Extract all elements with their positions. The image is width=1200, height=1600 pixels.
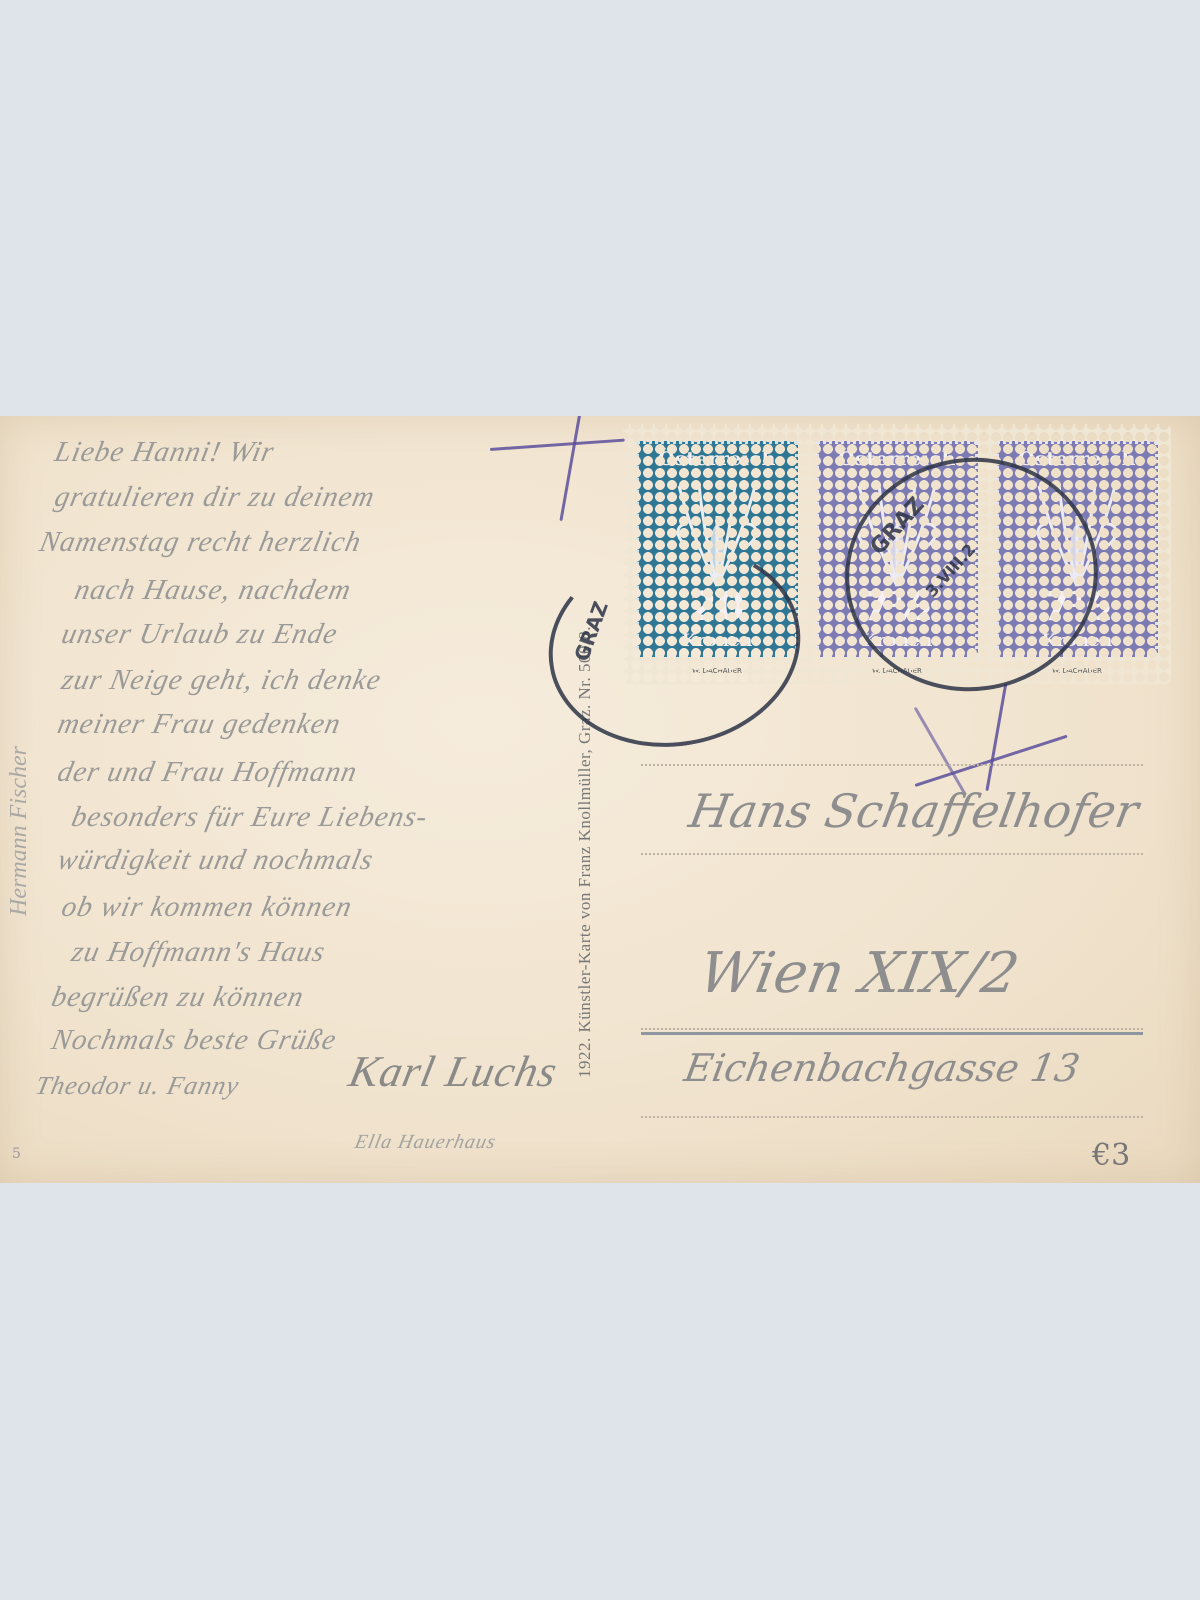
message-line: Nochmals beste Grüße (48, 1024, 339, 1057)
postmark-city: GRAZ (569, 598, 613, 664)
margin-note: Hermann Fischer (6, 746, 33, 916)
message-line: gratulieren dir zu deinem (51, 481, 378, 514)
message-line: zur Neige geht, ich denke (58, 664, 384, 697)
crayon-mark (490, 439, 625, 451)
message-line: Theodor u. Fanny (33, 1071, 242, 1101)
postcard: Hermann Fischer Liebe Hanni! Wir gratuli… (0, 416, 1200, 1183)
address-rule (641, 1028, 1143, 1030)
message-line: besonders für Eure Liebens- (68, 801, 430, 834)
corner-number: 5 (12, 1146, 21, 1162)
message-line: Namenstag recht herzlich (36, 526, 364, 559)
address-rule (641, 764, 1143, 766)
message-line: zu Hoffmann's Haus (68, 936, 328, 969)
message-line: unser Urlaub zu Ende (58, 618, 340, 651)
address-rule (641, 853, 1143, 855)
price-note: €3 (1092, 1138, 1130, 1173)
postmark-city: GRAZ (866, 493, 930, 560)
message-line: würdigkeit und nochmals (54, 844, 376, 877)
crayon-mark (559, 416, 581, 521)
message-line: meiner Frau gedenken (54, 708, 344, 741)
stamp-country: Österreich (639, 448, 795, 470)
signature: Karl Luchs (345, 1046, 563, 1097)
address-name: Hans Schaffelhofer (685, 784, 1142, 838)
address-rule (641, 1116, 1143, 1118)
message-line: nach Hause, nachdem (71, 574, 354, 607)
postmark-date: 3.VIII.2 (922, 540, 979, 601)
address-city: Wien XIX/2 (694, 941, 1023, 1006)
crayon-mark (985, 682, 1007, 791)
cosignature: Ella Hauerhaus (353, 1131, 499, 1154)
message-line: ob wir kommen können (58, 891, 355, 924)
address-street: Eichenbachgasse 13 (681, 1046, 1083, 1090)
address-bar (641, 1032, 1143, 1035)
message-line: begrüßen zu können (48, 981, 307, 1014)
message-line: Liebe Hanni! Wir (51, 436, 277, 469)
message-line: der und Frau Hoffmann (54, 756, 360, 789)
